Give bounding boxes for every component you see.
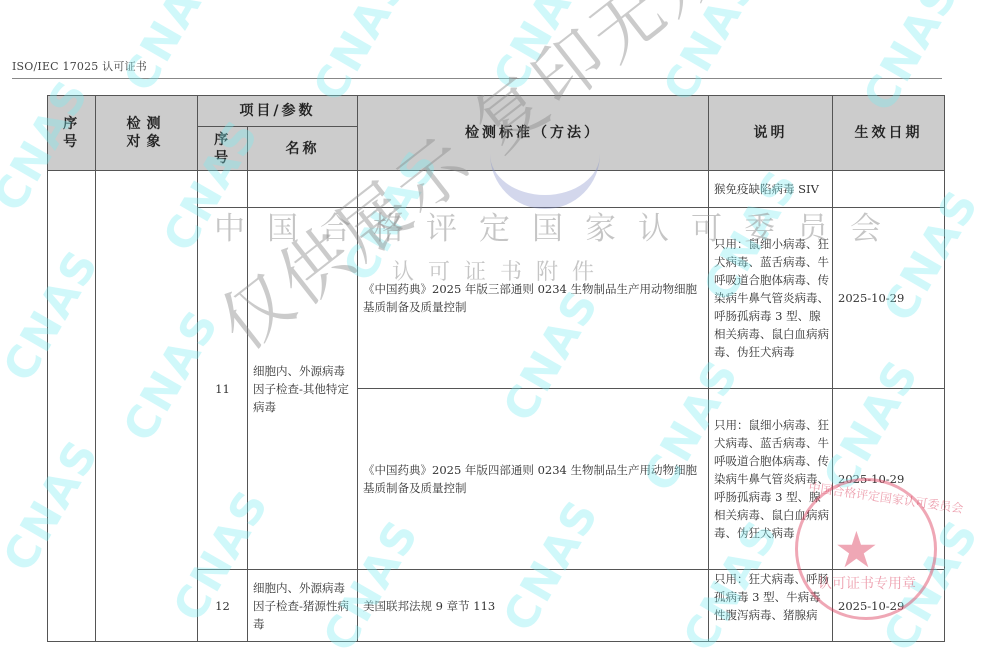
header-standard: 检测标准（方法）	[358, 96, 709, 171]
cell-seq	[48, 171, 96, 642]
cnas-watermark: CNAS	[484, 0, 600, 100]
cell-object	[96, 171, 198, 642]
header-object: 检测对象	[96, 96, 198, 171]
cnas-watermark: CNAS	[654, 0, 770, 110]
cell-standard	[358, 171, 709, 208]
cell-item-seq	[198, 171, 248, 208]
header-item-group: 项目/参数	[198, 96, 358, 127]
table-row: 猴免疫缺陷病毒 SIV	[48, 171, 945, 208]
cell-item-seq: 12	[198, 570, 248, 642]
header-seq: 序号	[48, 96, 96, 171]
cell-date: 2025-10-29	[833, 570, 945, 642]
header-divider	[12, 78, 942, 79]
header-item-seq: 序号	[198, 127, 248, 171]
cnas-watermark: CNAS	[304, 0, 420, 110]
cell-date: 2025-10-29	[833, 208, 945, 389]
cell-date	[833, 171, 945, 208]
cell-note: 只用：狂犬病毒、呼肠孤病毒 3 型、牛病毒性腹泻病毒、猪腺病	[709, 570, 833, 642]
header-date: 生效日期	[833, 96, 945, 171]
cnas-watermark: CNAS	[114, 0, 230, 100]
cell-note: 猴免疫缺陷病毒 SIV	[709, 171, 833, 208]
cell-note: 只用：鼠细小病毒、狂犬病毒、蓝舌病毒、牛呼吸道合胞体病毒、传染病牛鼻气管炎病毒、…	[709, 389, 833, 570]
header-note: 说明	[709, 96, 833, 171]
header-item-name: 名称	[248, 127, 358, 171]
cell-date: 2025-10-29	[833, 389, 945, 570]
cell-standard: 《中国药典》2025 年版三部通则 0234 生物制品生产用动物细胞基质制备及质…	[358, 208, 709, 389]
cell-standard: 《中国药典》2025 年版四部通则 0234 生物制品生产用动物细胞基质制备及质…	[358, 389, 709, 570]
page-header-title: ISO/IEC 17025 认可证书	[12, 58, 147, 74]
cell-note: 只用：鼠细小病毒、狂犬病毒、蓝舌病毒、牛呼吸道合胞体病毒、传染病牛鼻气管炎病毒、…	[709, 208, 833, 389]
cell-standard: 美国联邦法规 9 章节 113	[358, 570, 709, 642]
cell-item-name: 细胞内、外源病毒因子检查-猪源性病毒	[248, 570, 358, 642]
cell-item-name	[248, 171, 358, 208]
cell-item-name: 细胞内、外源病毒因子检查-其他特定病毒	[248, 208, 358, 570]
cell-item-seq: 11	[198, 208, 248, 570]
accreditation-scope-table: 序号 检测对象 项目/参数 检测标准（方法） 说明 生效日期 序号 名称 猴免疫…	[47, 95, 945, 642]
